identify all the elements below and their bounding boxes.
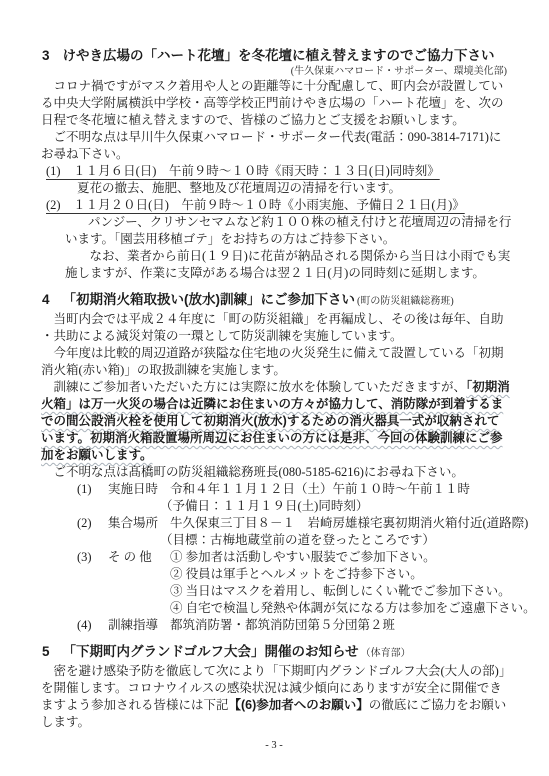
- section-attribution: （体育部）: [361, 648, 411, 659]
- item-value: ① 参加者は活動しやすい服装でご参加下さい。: [170, 550, 436, 564]
- item-continuation: ② 役員は軍手とヘルメットをご持参下さい。: [170, 566, 507, 583]
- text-line: 火箱」は万一火災の場合は近隣にお住まいの方々が協力して、消防隊が到着するま: [41, 396, 507, 413]
- text-line: 訓練にご参加者いただいた方には実際に放水を体験していただきますが、「初期消: [41, 379, 507, 396]
- schedule-item-2: (2) １１月２０日(日) 午前９時～１０時《小雨実施、予備日２１日(月)》: [46, 197, 507, 214]
- schedule-item-1: (1) １１月６日(日) 午前９時～１０時《雨天時：１３日(日)同時刻》: [46, 163, 507, 180]
- item-number: (4): [77, 617, 108, 634]
- text-line: での間公設消火栓を使用して初期消火(放水)するための消火器具一式が収納されて: [41, 413, 507, 430]
- text-line: います。初期消火箱設置場所周辺にお住まいの方には是非、今回の体験訓練にご参: [41, 430, 507, 447]
- item-continuation: ④ 自宅で検温し発熱や体調が気になる方は参加をご遠慮下さい。: [170, 600, 507, 617]
- section-fire-extinguisher-training: 4「初期消火箱取扱い(放水)訓練」にご参加下さい(町の防災組織総務班) 当町内会…: [41, 290, 507, 634]
- page-number: - 3 -: [41, 737, 507, 754]
- item-number: (1): [77, 481, 108, 498]
- detail-item-instructor: (4)訓練指導都筑消防署・都筑消防団第５分団第２班: [77, 617, 507, 634]
- text-line: お尋ね下さい。: [41, 146, 507, 163]
- section-heading: 5「下期町内グランドゴルフ大会」開催のお知らせ（体育部）: [41, 642, 507, 663]
- item-label: そ の 他: [108, 549, 170, 566]
- text-line: る中央大学附属横浜中学校・高等学校正門前けやき広場の「ハート花壇」を、次の: [41, 95, 507, 112]
- section-ground-golf: 5「下期町内グランドゴルフ大会」開催のお知らせ（体育部） 密を避け感染予防を徹底…: [41, 642, 507, 731]
- text-line: コロナ禍ですがマスク着用や人との距離等に十分配慮して、町内会が設置してい: [41, 78, 507, 95]
- item-label: 訓練指導: [108, 617, 170, 634]
- item-label: 集合場所: [108, 515, 170, 532]
- schedule-date-underlined: (2) １１月２０日(日) 午前９時～１０時《小雨実施、予備日２１日(月)》: [46, 198, 465, 212]
- detail-item-datetime: (1)実施日時令和４年１１月１２日（土）午前１０時～午前１１時: [77, 481, 507, 498]
- text-segment: ますよう参加される皆様には下記: [41, 698, 229, 712]
- item-number: (2): [77, 515, 108, 532]
- section-heart-flowerbed: 3けやき広場の「ハート花壇」を冬花壇に植え替えますのでご協力下さい (牛久保東ハ…: [41, 46, 507, 282]
- section-title: けやき広場の「ハート花壇」を冬花壇に植え替えますのでご協力下さい: [63, 48, 495, 63]
- text-line: 密を避け感染予防を徹底して次により「下期町内グランドゴルフ大会(大人の部)」: [41, 663, 507, 680]
- emphasized-text: 火箱」は万一火災の場合は近隣にお住まいの方々が協力して、消防隊が到着するま: [41, 397, 503, 411]
- detail-item-other: (3)そ の 他① 参加者は活動しやすい服装でご参加下さい。: [77, 549, 507, 566]
- emphasized-text: います。初期消火箱設置場所周辺にお住まいの方には是非、今回の体験訓練にご参: [41, 431, 503, 445]
- text-line: します。: [41, 714, 507, 731]
- section-number: 5: [42, 642, 50, 661]
- item-number: (3): [77, 549, 108, 566]
- item-value: 令和４年１１月１２日（土）午前１０時～午前１１時: [170, 482, 470, 496]
- text-line: 日程で冬花壇に植え替えますので、皆様のご協力とご支援をお願いします。: [41, 112, 507, 129]
- section-attribution: (町の防災組織総務班): [357, 296, 454, 307]
- emphasized-text: 【(6)参加者へのお願い】: [229, 698, 369, 712]
- text-line: います。「園芸用移植ゴテ」をお持ちの方はご持参下さい。: [65, 231, 507, 248]
- item-continuation: （予備日：１１月１９日(土)同時刻）: [160, 498, 507, 515]
- section-number: 3: [42, 46, 50, 65]
- item-label: 実施日時: [108, 481, 170, 498]
- text-line: ご不明な点は髙橋町の防災組織総務班長(080-5185-6216)にお尋ね下さい…: [41, 464, 507, 481]
- text-line: 消火箱(赤い箱)」の取扱訓練を実施します。: [41, 362, 507, 379]
- emphasized-text: 「初期消: [466, 380, 510, 394]
- schedule-date-underlined: (1) １１月６日(日) 午前９時～１０時《雨天時：１３日(日)同時刻》: [46, 164, 440, 178]
- text-segment: 訓練にご参加者いただいた方には実際に放水を体験していただきますが、: [41, 380, 466, 394]
- item-continuation: （目標：古梅地蔵堂前の道を登ったところです）: [160, 532, 507, 549]
- text-segment: の徹底にご協力をお願い: [369, 698, 507, 712]
- text-line: 今年度は比較的周辺道路が狭隘な住宅地の火災発生に備えて設置している「初期: [41, 345, 507, 362]
- emphasized-text: 加をお願いします。: [41, 448, 153, 462]
- text-line: 加をお願いします。: [41, 447, 507, 464]
- item-value: 牛久保東三丁目８－１ 岩崎房雄様宅裏初期消火箱付近(道路際): [170, 516, 528, 530]
- text-line: 夏花の撤去、施肥、整地及び花壇周辺の清掃を行います。: [77, 180, 507, 197]
- item-value: 都筑消防署・都筑消防団第５分団第２班: [170, 618, 395, 632]
- text-line: ご不明な点は早川牛久保東ハマロード・サポーター代表(電話：090-3814-71…: [41, 129, 507, 146]
- section-attribution: (牛久保東ハマロード・サポーター、環境美化部): [41, 65, 507, 78]
- item-continuation: ③ 当日はマスクを着用し、転倒しにくい靴でご参加下さい。: [170, 583, 507, 600]
- section-title: 「初期消火箱取扱い(放水)訓練」にご参加下さい: [63, 292, 356, 307]
- text-line: パンジー、クリサンセマムなど約１００株の植え付けと花壇周辺の清掃を行: [88, 214, 507, 231]
- newsletter-page: 3けやき広場の「ハート花壇」を冬花壇に植え替えますのでご協力下さい (牛久保東ハ…: [0, 0, 549, 776]
- text-line: 当町内会では平成２４年度に「町の防災組織」を再編成し、その後は毎年、自助: [41, 311, 507, 328]
- section-heading: 4「初期消火箱取扱い(放水)訓練」にご参加下さい(町の防災組織総務班): [41, 290, 507, 311]
- section-heading: 3けやき広場の「ハート花壇」を冬花壇に植え替えますのでご協力下さい: [41, 46, 507, 65]
- text-line: ・共助による減災対策の一環として防災訓練を実施しています。: [41, 328, 507, 345]
- section-number: 4: [42, 290, 50, 309]
- emphasized-text: での間公設消火栓を使用して初期消火(放水)するための消火器具一式が収納されて: [41, 414, 499, 428]
- section-title: 「下期町内グランドゴルフ大会」開催のお知らせ: [63, 644, 359, 659]
- text-line: なお、業者から前日(１９日)に花苗が納品される関係から当日は小雨でも実: [77, 248, 507, 265]
- text-line: を開催します。コロナウイルスの感染状況は減少傾向にありますが安全に開催でき: [41, 680, 507, 697]
- text-line: ますよう参加される皆様には下記【(6)参加者へのお願い】の徹底にご協力をお願い: [41, 697, 507, 714]
- detail-item-location: (2)集合場所牛久保東三丁目８－１ 岩崎房雄様宅裏初期消火箱付近(道路際): [77, 515, 507, 532]
- text-line: 施しますが、作業に支障がある場合は翌２１日(月)の同時刻に延期します。: [65, 265, 507, 282]
